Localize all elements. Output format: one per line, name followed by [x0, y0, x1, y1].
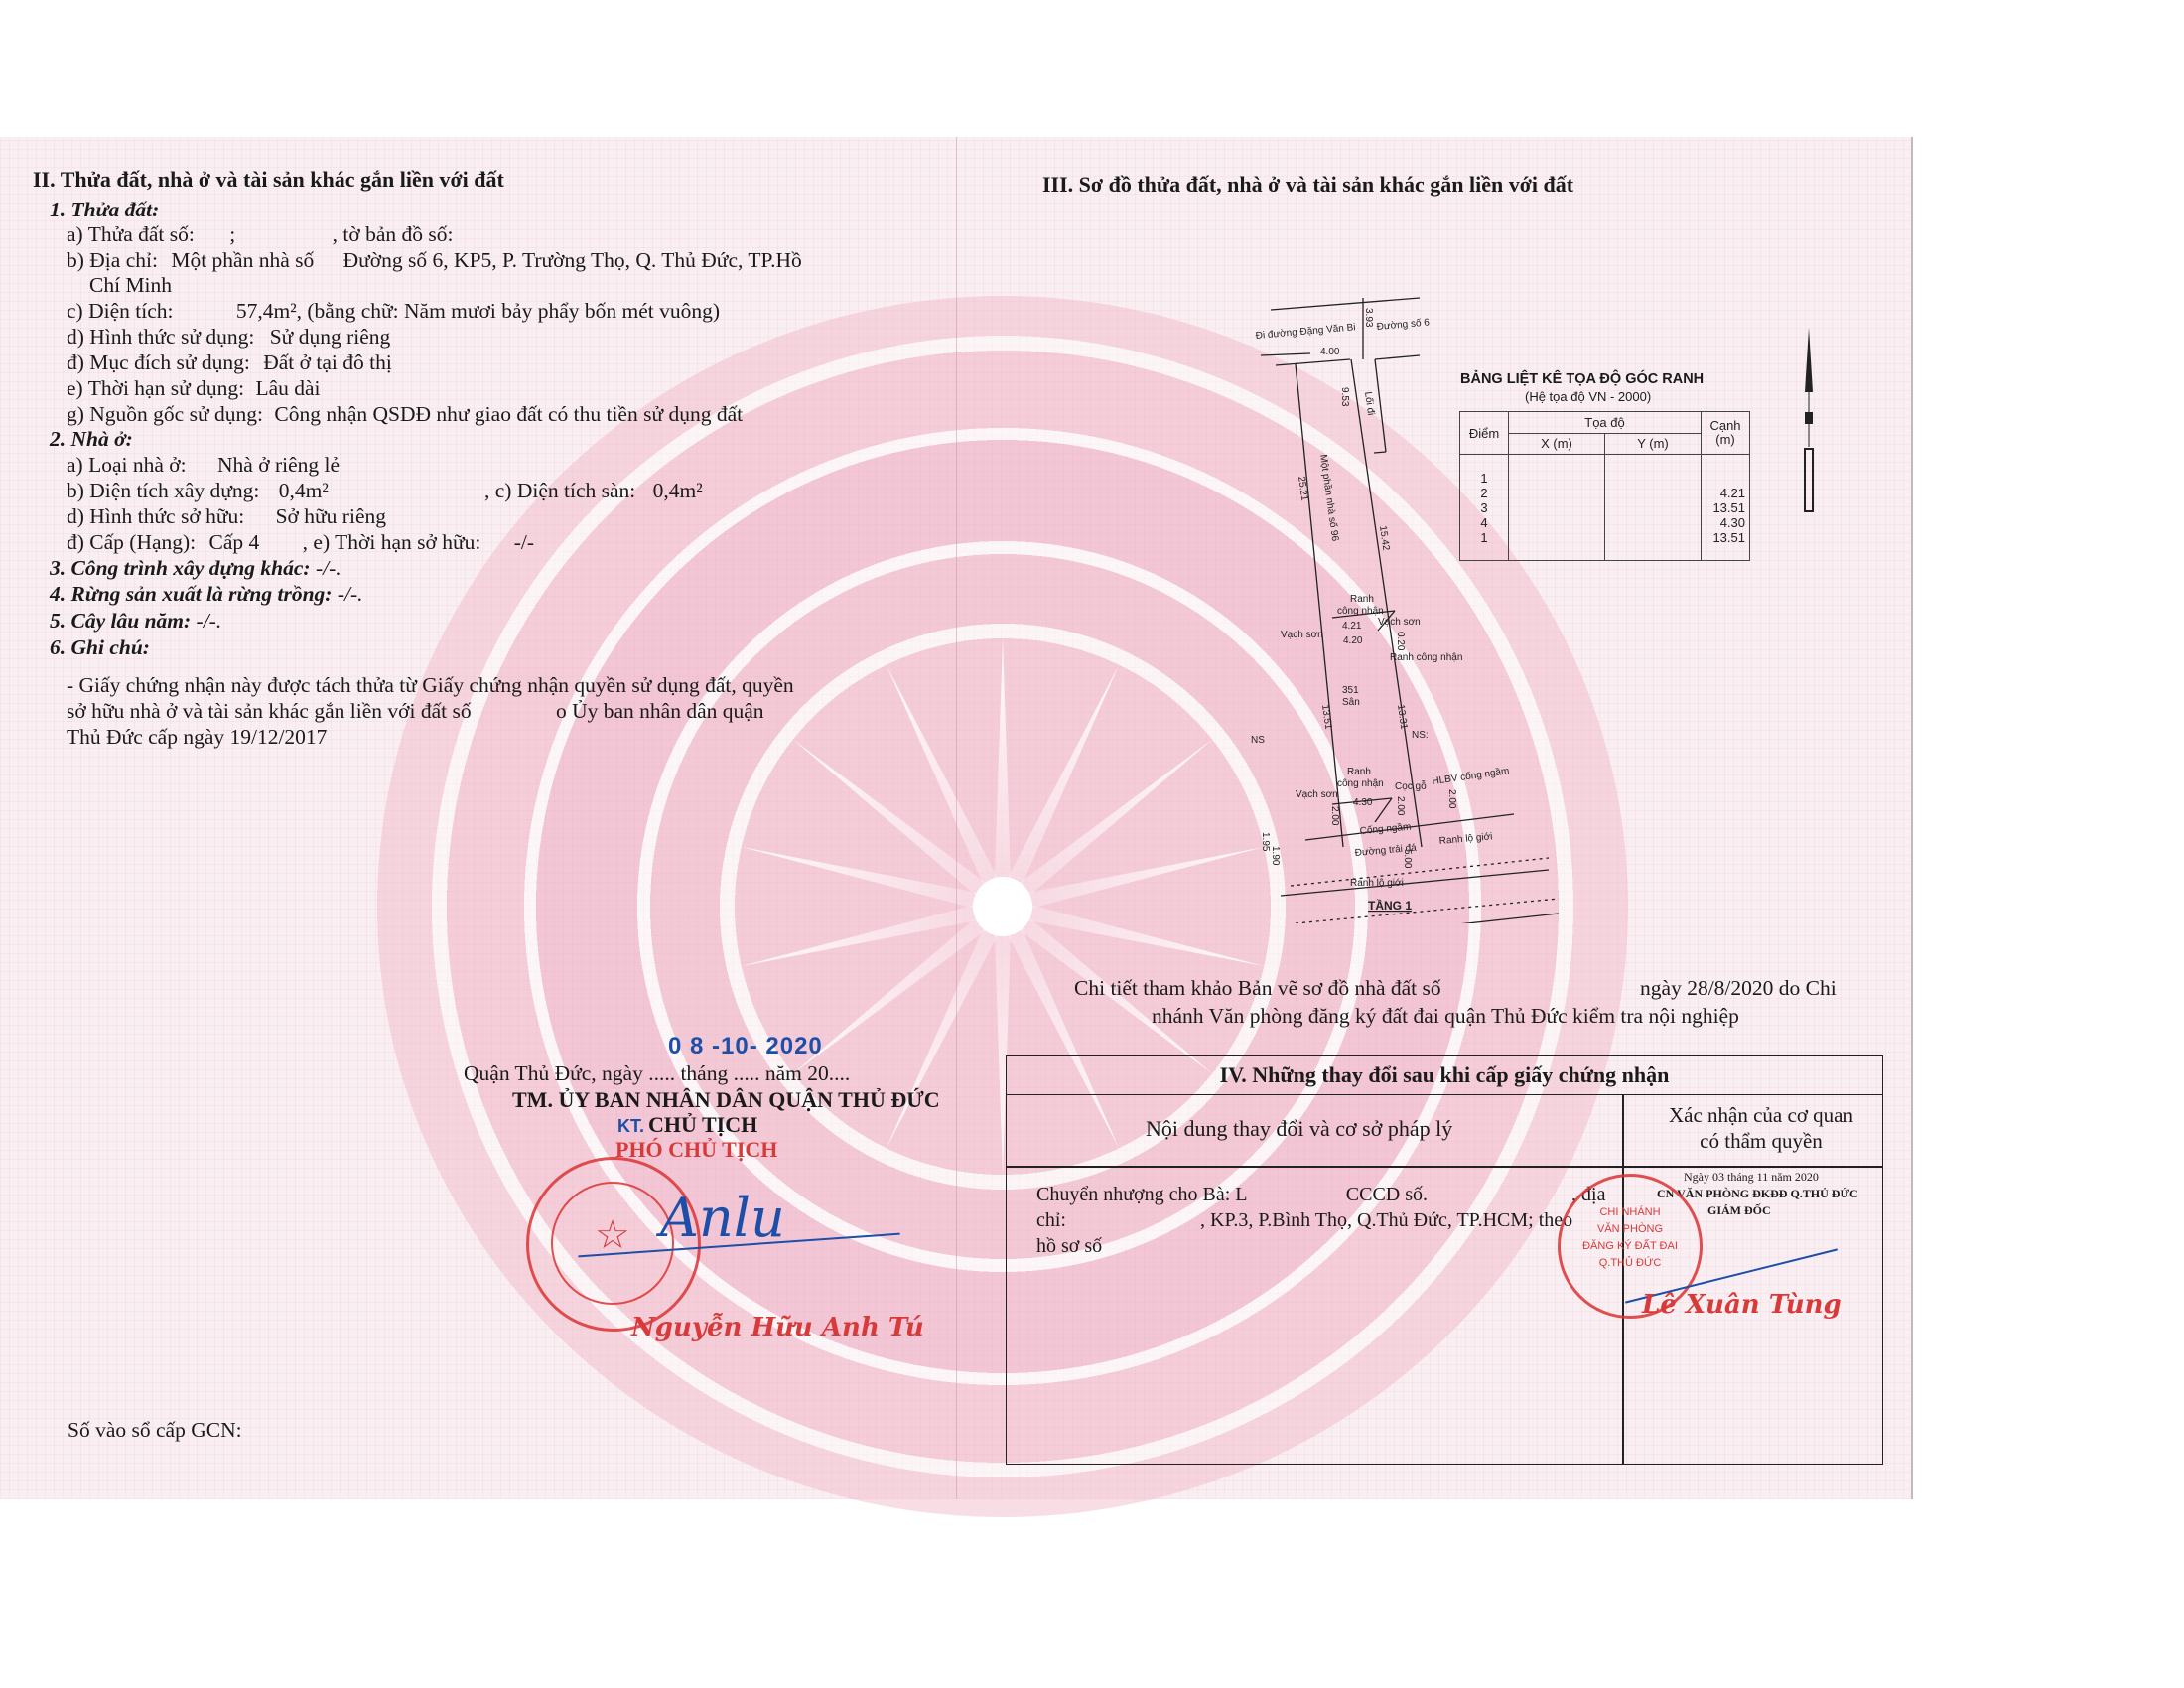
perennial-label: 5. Cây lâu năm: [50, 609, 191, 633]
edge-length: 4.21 [1706, 486, 1745, 500]
change-entry-line-2: chỉ: , KP.3, P.Bình Thọ, Q.Thủ Đức, TP.H… [1036, 1209, 1572, 1232]
svg-text:Vạch sơn: Vạch sơn [1296, 789, 1338, 800]
house-heading: 2. Nhà ở: [50, 426, 133, 452]
svg-text:13.31: 13.31 [1395, 704, 1409, 731]
svg-text:Một phần nhà số 96: Một phần nhà số 96 [1317, 454, 1341, 543]
kt-mark: KT. [617, 1116, 644, 1136]
changes-title: IV. Những thay đổi sau khi cấp giấy chứn… [1007, 1056, 1882, 1095]
edge-length: 13.51 [1706, 530, 1745, 545]
perennial-row: 5. Cây lâu năm: -/-. [50, 608, 221, 633]
svg-text:Cống ngầm: Cống ngầm [1359, 821, 1412, 837]
other-works-row: 3. Công trình xây dựng khác: -/-. [50, 555, 341, 581]
svg-text:NS: NS [1251, 735, 1265, 746]
area-row: c) Diện tích: 57,4m², (bằng chữ: Năm mươ… [67, 298, 720, 324]
floor-area-label: , c) Diện tích sàn: [484, 479, 635, 502]
svg-text:4.00: 4.00 [1320, 347, 1340, 357]
svg-text:5.00: 5.00 [1402, 849, 1413, 869]
changes-table: IV. Những thay đổi sau khi cấp giấy chứn… [1006, 1055, 1883, 1465]
notes-line-2b: o Ủy ban nhân dân quận [556, 699, 764, 723]
other-works-value: -/-. [316, 556, 341, 580]
svg-text:Cọc gỗ: Cọc gỗ [1395, 779, 1427, 792]
point-number: 2 [1464, 486, 1504, 500]
build-area-label: b) Diện tích xây dựng: [67, 479, 259, 502]
forest-label: 4. Rừng sản xuất là rừng trồng: [50, 582, 332, 606]
point-number: 4 [1464, 515, 1504, 530]
chair-line: KT. CHỦ TỊCH [617, 1112, 757, 1138]
usage-term-label: e) Thời hạn sử dụng: [67, 376, 244, 400]
diagram-labels: Đi đường Đặng Văn Bi Đường số 6 3.93 4.0… [1251, 308, 1510, 913]
vice-chair-title: PHÓ CHỦ TỊCH [615, 1137, 777, 1163]
svg-text:Ranh lộ giới: Ranh lộ giới [1438, 831, 1493, 847]
change-entry-line-3: hồ sơ số [1036, 1235, 1102, 1258]
reference-line-2: nhánh Văn phòng đăng ký đất đai quận Thủ… [1152, 1003, 1739, 1029]
svg-text:Lối đi: Lối đi [1362, 391, 1377, 416]
own-term-value: -/- [514, 530, 534, 554]
reference-line-1b: ngày 28/8/2020 do Chi [1640, 976, 1837, 1000]
north-arrow-icon [1799, 328, 1819, 516]
parcel-label: a) Thửa đất số: [67, 222, 195, 246]
address-value-3: Chí Minh [89, 272, 172, 298]
svg-text:3.93: 3.93 [1363, 308, 1374, 328]
entry-1a: Chuyển nhượng cho Bà: L [1036, 1184, 1247, 1205]
notes-line-2a: sở hữu nhà ở và tài sản khác gắn liền vớ… [67, 699, 472, 723]
point-number: 3 [1464, 500, 1504, 515]
reference-line-1: Chi tiết tham khảo Bản vẽ sơ đồ nhà đất … [1074, 975, 1837, 1001]
signer-name-left: Nguyễn Hữu Anh Tú [631, 1313, 924, 1342]
reference-line-1a: Chi tiết tham khảo Bản vẽ sơ đồ nhà đất … [1074, 976, 1441, 1000]
usage-form-label: d) Hình thức sử dụng: [67, 325, 254, 349]
build-area-value: 0,4m² [279, 479, 329, 502]
seal-star-icon: ☆ [595, 1211, 630, 1258]
svg-text:1.95: 1.95 [1260, 832, 1271, 852]
svg-text:NS:: NS: [1412, 730, 1429, 741]
own-term-label: , e) Thời hạn sở hữu: [303, 530, 481, 554]
svg-text:4.21: 4.21 [1342, 621, 1362, 632]
section-iii-title: III. Sơ đồ thửa đất, nhà ở và tài sản kh… [1042, 172, 1573, 198]
section-ii-title: II. Thửa đất, nhà ở và tài sản khác gắn … [33, 167, 504, 193]
svg-text:Ranh công nhận: Ranh công nhận [1390, 652, 1462, 663]
grade-label: đ) Cấp (Hạng): [67, 530, 196, 554]
usage-origin-value: Công nhận QSDĐ như giao đất có thu tiền … [274, 402, 743, 426]
grade-row: đ) Cấp (Hạng): Cấp 4 , e) Thời hạn sở hữ… [67, 529, 534, 555]
usage-form-row: d) Hình thức sử dụng: Sử dụng riêng [67, 324, 390, 350]
col-point: Điểm [1460, 412, 1509, 455]
col-change-content: Nội dung thay đổi và cơ sở pháp lý [1146, 1116, 1452, 1142]
notes-line-2: sở hữu nhà ở và tài sản khác gắn liền vớ… [67, 698, 764, 724]
confirm-role: GIÁM ĐỐC [1707, 1203, 1771, 1218]
svg-text:2.00: 2.00 [1446, 789, 1457, 809]
col-edge: Cạnh(m) [1702, 412, 1750, 455]
svg-text:công nhận: công nhận [1337, 778, 1384, 789]
confirm-signer-name: Lê Xuân Tùng [1642, 1290, 1842, 1320]
point-list: 12341 [1460, 455, 1509, 561]
vice-chair-signature: Anlu [660, 1187, 785, 1249]
usage-purpose-label: đ) Mục đích sử dụng: [67, 351, 250, 374]
confirm-date: Ngày 03 tháng 11 năm 2020 [1684, 1170, 1819, 1185]
col-confirm-2: có thẩm quyền [1647, 1128, 1875, 1154]
build-area-row: b) Diện tích xây dựng: 0,4m² [67, 478, 329, 503]
registry-number-label: Số vào sổ cấp GCN: [68, 1418, 242, 1443]
svg-text:HLBV cống ngầm: HLBV cống ngầm [1432, 765, 1510, 787]
svg-text:2.00: 2.00 [1329, 806, 1340, 826]
usage-origin-label: g) Nguồn gốc sử dụng: [67, 402, 263, 426]
address-row: b) Địa chỉ: Một phần nhà số Đường số 6, … [67, 247, 802, 273]
page-fold [956, 137, 957, 1499]
svg-text:1.90: 1.90 [1270, 846, 1281, 866]
usage-term-value: Lâu dài [255, 376, 320, 400]
changes-header-line [1007, 1166, 1882, 1168]
entry-2b: , KP.3, P.Bình Thọ, Q.Thủ Đức, TP.HCM; t… [1200, 1209, 1572, 1231]
land-heading: 1. Thửa đất: [50, 197, 159, 222]
parcel-value: ; [229, 222, 235, 246]
coord-table-title: BẢNG LIỆT KÊ TỌA ĐỘ GÓC RANH [1460, 371, 1704, 387]
ownership-row: d) Hình thức sở hữu: Sở hữu riêng [67, 503, 386, 529]
notes-line-3: Thủ Đức cấp ngày 19/12/2017 [67, 724, 327, 750]
grade-value: Cấp 4 [209, 530, 260, 554]
svg-text:2.00: 2.00 [1395, 796, 1406, 816]
coord-table: Điểm Tọa độ Cạnh(m) X (m) Y (m) 12341 4.… [1459, 411, 1750, 561]
svg-text:công nhận: công nhận [1337, 606, 1384, 617]
issue-date-stamp: 0 8 -10- 2020 [668, 1033, 823, 1060]
svg-text:Vạch sơn: Vạch sơn [1378, 617, 1421, 628]
col-confirm-1: Xác nhận của cơ quan [1647, 1102, 1875, 1128]
svg-text:Đường số 6: Đường số 6 [1376, 316, 1431, 333]
usage-term-row: e) Thời hạn sử dụng: Lâu dài [67, 375, 321, 401]
notes-heading: 6. Ghi chú: [50, 634, 150, 660]
svg-text:9.53: 9.53 [1339, 387, 1350, 407]
map-sheet-label: , tờ bản đồ số: [333, 222, 454, 246]
svg-text:Ranh: Ranh [1350, 594, 1374, 605]
svg-text:Ranh: Ranh [1347, 767, 1371, 777]
y-values [1605, 455, 1702, 561]
usage-purpose-value: Đất ở tại đô thị [263, 351, 392, 374]
authority-title: TM. ỦY BAN NHÂN DÂN QUẬN THỦ ĐỨC [512, 1087, 940, 1113]
floor-area-value: 0,4m² [653, 479, 703, 502]
svg-text:13.51: 13.51 [1319, 704, 1333, 731]
house-type-row: a) Loại nhà ở: Nhà ở riêng lẻ [67, 452, 340, 478]
svg-text:Vạch sơn: Vạch sơn [1281, 630, 1323, 640]
coord-table-subtitle: (Hệ tọa độ VN - 2000) [1525, 389, 1651, 404]
forest-row: 4. Rừng sản xuất là rừng trồng: -/-. [50, 581, 363, 607]
svg-text:Sân: Sân [1342, 697, 1360, 708]
notes-line-1: - Giấy chứng nhận này được tách thửa từ … [67, 672, 794, 698]
col-x: X (m) [1509, 433, 1605, 455]
address-value-2: Đường số 6, KP5, P. Trường Thọ, Q. Thủ Đ… [343, 248, 802, 272]
x-values [1509, 455, 1605, 561]
change-entry-line-1: Chuyển nhượng cho Bà: L CCCD số. , địa [1036, 1184, 1605, 1206]
forest-value: -/-. [338, 582, 363, 606]
area-label: c) Diện tích: [67, 299, 173, 323]
land-parcel-row: a) Thửa đất số: ; , tờ bản đồ số: [67, 221, 453, 247]
address-value-1: Một phần nhà số [171, 248, 314, 272]
col-y: Y (m) [1605, 433, 1702, 455]
usage-origin-row: g) Nguồn gốc sử dụng: Công nhận QSDĐ như… [67, 401, 743, 427]
area-value: 57,4m², (bằng chữ: Năm mươi bảy phẩy bốn… [236, 299, 720, 323]
svg-text:4.30: 4.30 [1353, 797, 1373, 808]
other-works-label: 3. Công trình xây dựng khác: [50, 556, 311, 580]
svg-text:0.20: 0.20 [1395, 632, 1406, 651]
col-edge-unit: (m) [1715, 432, 1735, 447]
perennial-value: -/-. [197, 609, 222, 633]
svg-text:15.42: 15.42 [1377, 525, 1391, 552]
usage-purpose-row: đ) Mục đích sử dụng: Đất ở tại đô thị [67, 350, 392, 375]
usage-form-value: Sử dụng riêng [270, 325, 391, 349]
floor-area-row: , c) Diện tích sàn: 0,4m² [484, 478, 703, 503]
house-type-label: a) Loại nhà ở: [67, 453, 187, 477]
house-type-value: Nhà ở riêng lẻ [217, 453, 340, 477]
svg-text:351: 351 [1342, 685, 1359, 696]
place-date-line: Quận Thủ Đức, ngày ..... tháng ..... năm… [464, 1060, 850, 1086]
entry-2a: chỉ: [1036, 1209, 1066, 1231]
seal-text: CHI NHÁNHVĂN PHÒNGĐĂNG KÝ ĐẤT ĐAIQ.THỦ Đ… [1561, 1204, 1700, 1272]
edge-length: 13.51 [1706, 500, 1745, 515]
svg-text:Đi đường Đặng Văn Bi: Đi đường Đặng Văn Bi [1255, 322, 1356, 342]
svg-text:4.20: 4.20 [1343, 635, 1363, 646]
col-coord: Tọa độ [1509, 412, 1702, 434]
svg-text:25.21: 25.21 [1296, 476, 1309, 502]
edge-list: 4.2113.514.3013.51 [1702, 455, 1750, 561]
address-label: b) Địa chỉ: [67, 248, 158, 272]
confirm-office: CN VĂN PHÒNG ĐKĐĐ Q.THỦ ĐỨC [1657, 1187, 1858, 1201]
chair-title: CHỦ TỊCH [648, 1112, 757, 1137]
point-number: 1 [1464, 530, 1504, 545]
entry-1b: CCCD số. [1346, 1184, 1428, 1205]
point-number: 1 [1464, 471, 1504, 486]
edge-length: 4.30 [1706, 515, 1745, 530]
ownership-value: Sở hữu riêng [276, 504, 386, 528]
svg-text:Ranh lộ giới: Ranh lộ giới [1350, 878, 1404, 889]
col-edge-label: Cạnh [1709, 418, 1740, 433]
ownership-label: d) Hình thức sở hữu: [67, 504, 244, 528]
svg-text:TẦNG 1: TẦNG 1 [1368, 898, 1412, 913]
